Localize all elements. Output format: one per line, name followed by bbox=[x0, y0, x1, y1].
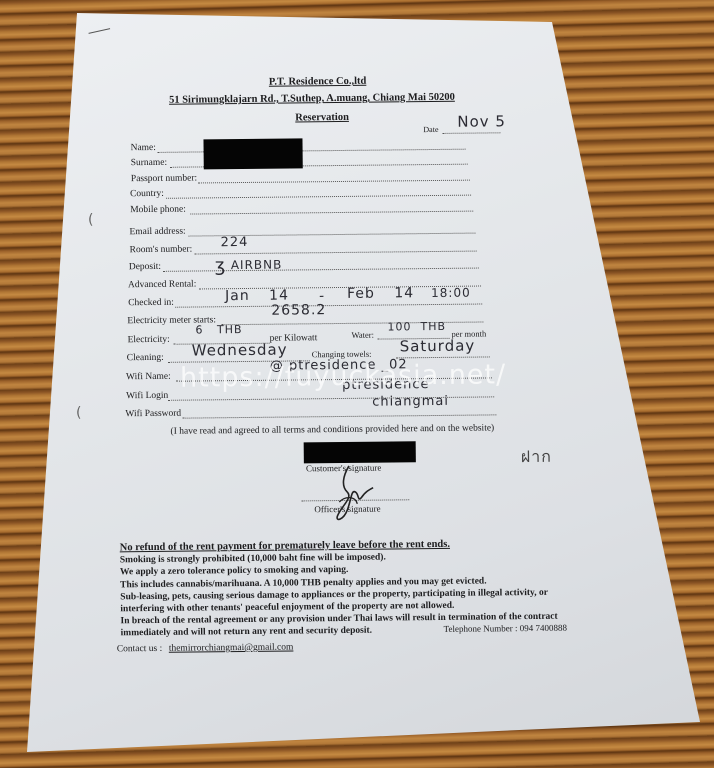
cleaning-label: Cleaning: bbox=[127, 353, 164, 363]
contact-email-link[interactable]: themirrorchiangmai@gmail.com bbox=[169, 643, 294, 654]
wifi-login-label: Wifi Login bbox=[126, 391, 168, 401]
room-value: 224 bbox=[220, 235, 248, 250]
checked-in-field[interactable] bbox=[175, 304, 482, 308]
passport-label: Passport number: bbox=[131, 173, 197, 184]
telephone-number: Telephone Number : 094 7400888 bbox=[444, 623, 567, 634]
deposit-value: AIRBNB bbox=[231, 258, 283, 273]
date-label: Date bbox=[423, 125, 438, 134]
deposit-label: Deposit: bbox=[129, 262, 161, 272]
thai-handwritten-note: ฝาก bbox=[521, 445, 552, 470]
name-label: Name: bbox=[131, 143, 156, 153]
contact-label: Contact us : bbox=[117, 644, 162, 654]
electricity-value: 6 THB bbox=[195, 323, 242, 336]
pen-mark bbox=[88, 28, 110, 34]
checked-in-to: Feb 14 bbox=[347, 285, 414, 302]
country-field[interactable] bbox=[166, 195, 471, 199]
checked-in-label: Checked in: bbox=[128, 298, 174, 308]
room-label: Room's number: bbox=[130, 245, 193, 256]
agreement-text: (I have read and agreed to all terms and… bbox=[170, 423, 494, 436]
country-label: Country: bbox=[130, 189, 164, 199]
officer-signature-label: Officer's signature bbox=[314, 504, 380, 515]
date-value: Nov 5 bbox=[457, 112, 506, 131]
date-line bbox=[442, 132, 500, 134]
binder-hole-mark: ( bbox=[88, 212, 93, 228]
water-value: 100 THB bbox=[387, 320, 446, 334]
watermark: https://fuyuckasia.net/ bbox=[180, 359, 506, 393]
mobile-field[interactable] bbox=[190, 211, 473, 215]
redacted-customer-signature bbox=[304, 441, 416, 463]
checked-in-time: 18:00 bbox=[431, 286, 471, 300]
surname-label: Surname: bbox=[131, 158, 168, 168]
officer-signature-scribble bbox=[321, 462, 382, 525]
mobile-label: Mobile phone: bbox=[130, 205, 186, 216]
company-name: P.T. Residence Co.,ltd bbox=[269, 76, 367, 88]
meter-value: 2658.2 bbox=[271, 302, 326, 319]
wifi-password-label: Wifi Password bbox=[125, 409, 181, 420]
towels-field[interactable] bbox=[396, 356, 490, 358]
binder-hole-mark: ( bbox=[76, 405, 81, 421]
cleaning-value: Wednesday bbox=[192, 341, 288, 360]
advanced-rental-label: Advanced Rental: bbox=[128, 279, 196, 290]
passport-field[interactable] bbox=[198, 180, 470, 184]
deposit-symbol: ʒ bbox=[215, 255, 227, 276]
water-label: Water: bbox=[351, 330, 374, 340]
deposit-field[interactable] bbox=[163, 268, 479, 272]
wifi-password-field[interactable] bbox=[182, 414, 496, 418]
document-title: Reservation bbox=[295, 112, 349, 124]
company-address: 51 Sirimungklajarn Rd., T.Suthep, A.muan… bbox=[169, 92, 455, 106]
reservation-form-paper: P.T. Residence Co.,ltd 51 Sirimungklajar… bbox=[0, 0, 714, 768]
redacted-name bbox=[203, 138, 302, 169]
email-label: Email address: bbox=[129, 227, 185, 238]
electricity-label: Electricity: bbox=[128, 335, 170, 345]
towels-value: Saturday bbox=[400, 337, 476, 356]
room-field[interactable] bbox=[195, 251, 477, 255]
wifi-name-label: Wifi Name: bbox=[126, 372, 171, 382]
wifi-password-value: chiangmai bbox=[372, 394, 449, 410]
